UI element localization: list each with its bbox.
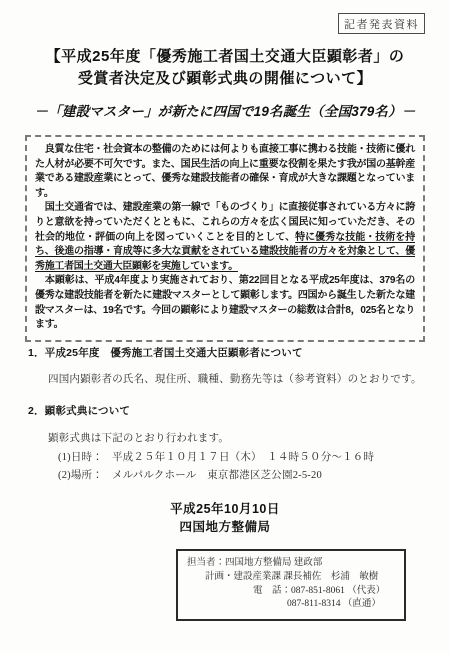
contact-phone-main-line: 電 話：087-851-8061 （代表） (187, 585, 398, 599)
ceremony-venue-label: (2)場所： (58, 470, 103, 481)
contact-phone-direct-line: 087-811-8314 （直通） (187, 598, 398, 612)
section-1-body: 四国内顕彰者の氏名、現住所、職種、勤務先等は（参考資料）のとおりです。 (48, 371, 422, 386)
section-2-intro: 顕彰式典は下記のとおり行われます。 (48, 430, 229, 445)
contact-division-line: 計画・建設産業課 課長補佐 杉浦 敏樹 (187, 571, 398, 585)
contact-phone-label: 電 話： (253, 586, 291, 596)
issue-date: 平成25年10月10日 (0, 499, 450, 517)
ceremony-datetime-label: (1)日時： (58, 452, 103, 463)
document-subtitle: －「建設マスター」が新たに四国で19名誕生（全国379名）－ (0, 100, 450, 120)
summary-paragraph-2: 国土交通省では、建設産業の第一線で「ものづくり」に直接従事されている方々に誇りと… (35, 201, 415, 274)
summary-paragraph-3: 本顕彰は、平成4年度より実施されており、第22回目となる平成25年度は、379名… (35, 274, 415, 332)
press-release-tag: 記者発表資料 (338, 13, 425, 34)
contact-phone-main-number: 087-851-8061 （代表） (291, 586, 385, 596)
summary-paragraph-1: 良質な住宅・社会資本の整備のためには何よりも直接工事に携わる技能・技術に優れた人… (35, 143, 415, 201)
contact-person-line: 担当者：四国地方整備局 建政部 (187, 557, 398, 571)
contact-phone-direct-number: 087-811-8314 （直通） (287, 599, 381, 609)
document-title: 【平成25年度「優秀施工者国土交通大臣顕彰者」の 受賞者決定及び顕彰式典の開催に… (0, 46, 450, 90)
section-1-heading: 1．平成25年度 優秀施工者国土交通大臣顕彰者について (28, 345, 303, 360)
ceremony-datetime-row: (1)日時：平成２５年１０月１７日（木） １４時５０分～１６時 (58, 449, 374, 464)
document-title-line1: 【平成25年度「優秀施工者国土交通大臣顕彰者」の (46, 48, 405, 65)
summary-box: 良質な住宅・社会資本の整備のためには何よりも直接工事に携わる技能・技術に優れた人… (25, 135, 425, 342)
issuing-organization: 四国地方整備局 (0, 517, 450, 535)
press-release-page: 記者発表資料 【平成25年度「優秀施工者国土交通大臣顕彰者」の 受賞者決定及び顕… (0, 0, 450, 653)
ceremony-datetime-value: 平成２５年１０月１７日（木） １４時５０分～１６時 (112, 452, 374, 463)
contact-box: 担当者：四国地方整備局 建政部 計画・建設産業課 課長補佐 杉浦 敏樹 電 話：… (176, 549, 406, 621)
document-title-line2: 受賞者決定及び顕彰式典の開催について】 (78, 70, 372, 87)
ceremony-venue-value: メルパルクホール 東京都港区芝公園2-5-20 (112, 470, 322, 481)
ceremony-venue-row: (2)場所：メルパルクホール 東京都港区芝公園2-5-20 (58, 467, 322, 482)
section-2-heading: 2．顕彰式典について (28, 403, 130, 418)
